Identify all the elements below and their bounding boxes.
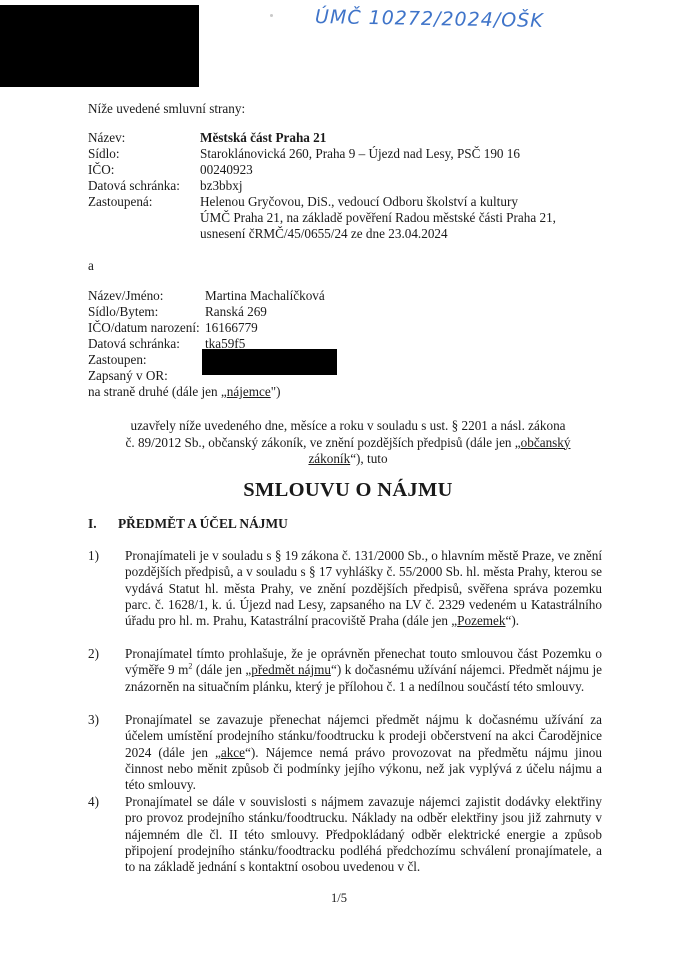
defined-term: Pozemek	[457, 613, 505, 628]
document-title: SMLOUVU O NÁJMU	[88, 479, 608, 502]
party2-name-row: Název/Jméno: Martina Machalíčková	[88, 288, 163, 304]
party2-ico: 16166779	[205, 320, 258, 336]
clause-number: 4)	[88, 794, 99, 810]
agreement-paragraph: uzavřely níže uvedeného dne, měsíce a ro…	[88, 418, 608, 468]
party1-databox-row: Datová schránka: bz3bbxj	[88, 178, 180, 194]
label: Zastoupen:	[88, 352, 147, 368]
clause-text: Pronajímateli je v souladu s § 19 zákona…	[125, 548, 602, 629]
party2-address: Ranská 269	[205, 304, 267, 320]
party2-represented-row: Zastoupen:	[88, 352, 147, 368]
party1-name: Městská část Praha 21	[200, 130, 326, 146]
agreement-line-3: zákoník“), tuto	[88, 451, 608, 468]
defined-term: zákoník	[308, 451, 350, 466]
party2-databox-row: Datová schránka: tka59f5	[88, 336, 180, 352]
defined-term-najemce: nájemce	[227, 384, 271, 399]
intro-text: Níže uvedené smluvní strany:	[88, 101, 245, 117]
agreement-line-2: č. 89/2012 Sb., občanský zákoník, ve zně…	[88, 435, 608, 452]
clause-4: 4) Pronajímatel se dále v souvislosti s …	[88, 794, 602, 875]
label: IČO:	[88, 162, 114, 178]
label: Sídlo:	[88, 146, 120, 162]
clause-1: 1) Pronajímateli je v souladu s § 19 zák…	[88, 548, 602, 629]
clause-3: 3) Pronajímatel se zavazuje přenechat ná…	[88, 712, 602, 793]
label: Zastoupená:	[88, 194, 152, 210]
defined-term: předmět nájmu	[251, 662, 331, 677]
party1-databox: bz3bbxj	[200, 178, 243, 194]
party1-representative: Helenou Gryčovou, DiS., vedoucí Odboru š…	[200, 194, 518, 210]
label: Název/Jméno:	[88, 288, 163, 304]
label: Zapsaný v OR:	[88, 368, 168, 384]
text: na straně druhé (dále jen „	[88, 384, 227, 399]
party2-name: Martina Machalíčková	[205, 288, 325, 304]
agreement-line-1: uzavřely níže uvedeného dne, měsíce a ro…	[88, 418, 608, 435]
party1-ico-row: IČO: 00240923	[88, 162, 114, 178]
text: ")	[271, 384, 281, 399]
label: Datová schránka:	[88, 336, 180, 352]
defined-term: akce	[221, 745, 245, 760]
label: IČO/datum narození:	[88, 320, 200, 336]
text: č. 89/2012 Sb., občanský zákoník, ve zně…	[126, 435, 521, 450]
clause-text: Pronajímatel se dále v souvislosti s náj…	[125, 794, 602, 875]
clause-number: 3)	[88, 712, 99, 728]
party2-registered-row: Zapsaný v OR:	[88, 368, 168, 384]
section-number: I.	[88, 516, 118, 532]
party2-side-designation: na straně druhé (dále jen „nájemce")	[88, 384, 280, 400]
label: Název:	[88, 130, 125, 146]
clause-number: 1)	[88, 548, 99, 564]
label: Sídlo/Bytem:	[88, 304, 158, 320]
text: Pronajímateli je v souladu s § 19 zákona…	[125, 548, 602, 628]
text: “).	[506, 613, 520, 628]
party1-seat: Staroklánovická 260, Praha 9 – Újezd nad…	[200, 146, 520, 162]
text: “), tuto	[350, 451, 387, 466]
text: usnesení čRMČ/45/0655/24 ze dne 23.04.20…	[200, 226, 448, 242]
page-number: 1/5	[0, 891, 678, 906]
clause-2: 2) Pronajímatel tímto prohlašuje, že je …	[88, 646, 602, 695]
text: ÚMČ Praha 21, na základě pověření Radou …	[200, 210, 556, 226]
party2-address-row: Sídlo/Bytem: Ranská 269	[88, 304, 158, 320]
party1-representative-row: Zastoupená: Helenou Gryčovou, DiS., vedo…	[88, 194, 152, 210]
clause-text: Pronajímatel se zavazuje přenechat nájem…	[125, 712, 602, 793]
section-title: PŘEDMĚT A ÚČEL NÁJMU	[118, 516, 288, 531]
text: (dále jen „	[192, 662, 251, 677]
clause-text: Pronajímatel tímto prohlašuje, že je opr…	[125, 646, 602, 695]
party1-seat-row: Sídlo: Staroklánovická 260, Praha 9 – Új…	[88, 146, 120, 162]
label: Datová schránka:	[88, 178, 180, 194]
redacted-logo-block	[0, 5, 199, 87]
scan-speck	[270, 14, 273, 17]
clause-number: 2)	[88, 646, 99, 662]
redacted-representative-block	[202, 349, 337, 375]
party1-ico: 00240923	[200, 162, 253, 178]
party2-ico-row: IČO/datum narození: 16166779	[88, 320, 200, 336]
conjunction-and: a	[88, 258, 94, 274]
handwritten-reference-number: ÚMČ 10272/2024/OŠK	[315, 6, 544, 32]
defined-term: občanský	[521, 435, 571, 450]
party1-name-row: Název: Městská část Praha 21	[88, 130, 125, 146]
section-heading: I.PŘEDMĚT A ÚČEL NÁJMU	[88, 516, 288, 532]
